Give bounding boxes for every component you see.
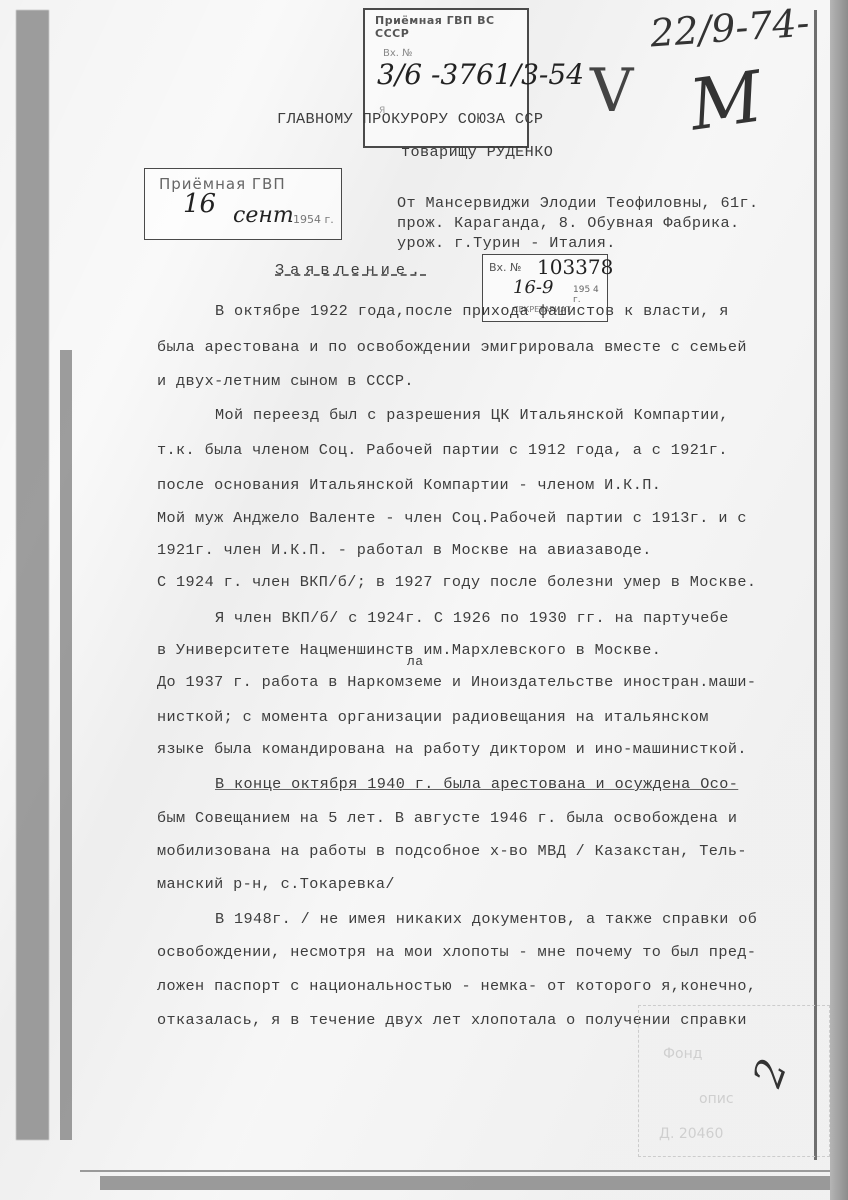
bottom-edge-line — [80, 1170, 848, 1172]
sender-line: От Мансервиджи Элодии Теофиловны, 61г. — [397, 193, 759, 213]
body-line: после основания Итальянской Компартии - … — [157, 476, 661, 494]
body-line: В октябре 1922 года,после прихода фашист… — [157, 302, 729, 320]
body-line: ложен паспорт с национальностью - немка-… — [157, 977, 756, 995]
right-edge-shadow — [830, 0, 848, 1200]
archive-stamp-faded: Фонд опис Д. 20460 — [638, 1005, 830, 1157]
handwritten-insertion: ла — [407, 654, 423, 669]
bottom-edge-shadow — [100, 1176, 848, 1190]
incoming-number: 103378 — [537, 255, 613, 279]
handwritten-signature: М — [685, 55, 767, 146]
body-line: манский р-н, с.Токаревка/ — [157, 875, 395, 893]
body-line: 1921г. член И.К.П. - работал в Москве на… — [157, 541, 652, 559]
body-line: была арестована и по освобождении эмигри… — [157, 338, 747, 356]
sender-line: прож. Караганда, 8. Обувная Фабрика. — [397, 213, 759, 233]
archive-opis-label: опис — [699, 1091, 734, 1107]
sender-line: урож. г.Турин - Италия. — [397, 233, 759, 253]
body-line: языке была командирована на работу дикто… — [157, 740, 747, 758]
received-month: сент — [233, 203, 294, 228]
body-line: освобождении, несмотря на мои хлопоты - … — [157, 943, 756, 961]
document-page: Приёмная ГВП ВС СССР Вх. № 3/6 -3761/3-5… — [70, 0, 815, 1170]
received-year: 1954 г. — [293, 213, 334, 226]
body-line: До 1937 г. работа в Наркомземе и Иноизда… — [157, 673, 756, 691]
sender-block: От Мансервиджи Элодии Теофиловны, 61г. п… — [397, 193, 759, 253]
received-stamp: Приёмная ГВП 16 сент 1954 г. — [144, 168, 342, 240]
body-line: С 1924 г. член ВКП/б/; в 1927 году после… — [157, 573, 756, 591]
body-line-underlined: В конце октября 1940 г. была арестована … — [157, 775, 738, 793]
document-title: Заявление. — [275, 261, 426, 279]
handwritten-date-note: 22/9-74- — [649, 0, 811, 55]
body-line: мобилизована на работы в подсобное х-во … — [157, 842, 747, 860]
body-line: В 1948г. / не имея никаких документов, а… — [157, 910, 757, 928]
left-binding-shadow — [16, 10, 49, 1140]
addressee-line-1: ГЛАВНОМУ ПРОКУРОРУ СОЮЗА ССР — [277, 110, 543, 128]
body-line: Мой переезд был с разрешения ЦК Итальянс… — [157, 406, 729, 424]
incoming-label: Вх. № — [489, 261, 522, 274]
archive-fond-label: Фонд — [663, 1046, 702, 1062]
received-stamp-header: Приёмная ГВП — [159, 175, 286, 193]
body-line: т.к. была членом Соц. Рабочей партии с 1… — [157, 441, 728, 459]
registry-number-handwritten: 3/6 -3761/3-54 — [377, 58, 584, 91]
body-line: бым Совещанием на 5 лет. В августе 1946 … — [157, 809, 737, 827]
received-day: 16 — [183, 189, 216, 219]
body-line: Мой муж Анджело Валенте - член Соц.Рабоч… — [157, 509, 747, 527]
body-line: и двух-летним сыном в СССР. — [157, 372, 414, 390]
body-line: Я член ВКП/б/ с 1924г. С 1926 по 1930 гг… — [157, 609, 729, 627]
addressee-line-2: товарищу РУДЕНКО — [401, 143, 553, 161]
body-line: нисткой; с момента организации радиовеща… — [157, 708, 709, 726]
archive-delo-label: Д. 20460 — [659, 1126, 723, 1142]
incoming-date: 16-9 — [513, 277, 553, 298]
registry-stamp-header: Приёмная ГВП ВС СССР — [375, 14, 527, 40]
check-mark-handwritten: V — [590, 56, 633, 126]
